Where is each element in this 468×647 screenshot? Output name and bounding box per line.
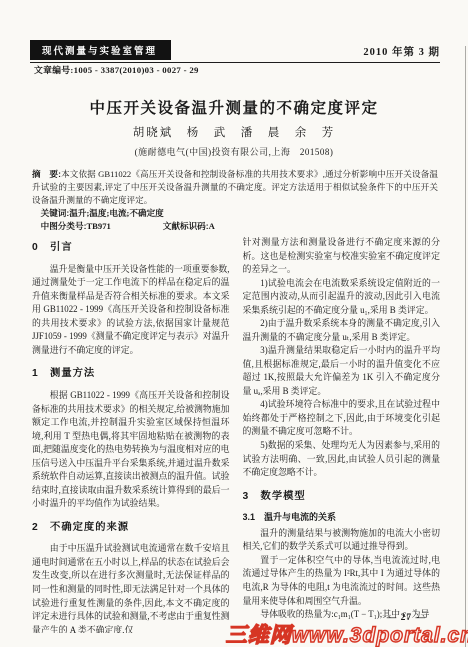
abstract-paragraph: 摘 要:本文依据 GB11022《高压开关设备和控制设备标准的共用技术要求》,通… — [32, 168, 438, 207]
issue-label: 2010 年第 3 期 — [363, 44, 440, 60]
right-column: 针对测量方法和测量设备进行不确定度来源的分析。这也是检测实验室与校准实验室不确定… — [243, 236, 441, 633]
doc-code-label: 文献标识码: — [163, 221, 209, 231]
section-heading-0: 0 引言 — [32, 240, 230, 256]
watermark-text: 三维网www.3dportal.cn — [226, 619, 468, 647]
keywords-text: 温升;温度;电流;不确定度 — [69, 208, 164, 218]
uncertainty-item-3: 3)温升测量结果取稳定后一小时内的温升平均值,且根据标准规定,最后一小时的温升值… — [243, 344, 441, 398]
keywords-line: 关键词:温升;温度;电流;不确定度 — [32, 207, 438, 220]
body-columns: 0 引言 温升是衡量中压开关设备性能的一项重要参数,通过测量处于一定工作电流下的… — [32, 236, 440, 633]
paper-page: 现代测量与实验室管理 2010 年第 3 期 文章编号:1005 - 3387(… — [0, 0, 468, 647]
article-number: 文章编号:1005 - 3387(2010)03 - 0027 - 29 — [34, 63, 199, 76]
journal-header: 现代测量与实验室管理 2010 年第 3 期 — [30, 40, 440, 63]
uncertainty-item-4: 4)试验环境符合标准中的要求,且在试验过程中始终都处于严格控制之下,因此,由于环… — [243, 398, 441, 439]
left-column: 0 引言 温升是衡量中压开关设备性能的一项重要参数,通过测量处于一定工作电流下的… — [32, 236, 230, 633]
clc-value: TB971 — [86, 221, 110, 231]
uncertainty-item-2: 2)由于温升数采系统本身的测量不确定度,引入温升测量的不确定度分量 uₜ,采用 … — [243, 317, 441, 344]
doc-code-value: A — [209, 221, 215, 231]
section-heading-2: 2 不确定度的来源 — [32, 520, 230, 536]
page-title: 中压开关设备温升测量的不确定度评定 — [0, 96, 468, 118]
abstract-label: 摘 要: — [32, 169, 61, 179]
intro-paragraph: 温升是衡量中压开关设备性能的一项重要参数,通过测量处于一定工作电流下的样品在稳定… — [32, 263, 230, 358]
affiliation: (施耐德电气(中国)投资有限公司,上海 201508) — [0, 145, 468, 158]
model-paragraph-1: 温升的测量结果与被测物施加的电流大小密切相关,它们的数学关系式可以通过推导得到。 — [243, 527, 441, 554]
classification-line: 中图分类号:TB971文献标识码:A — [32, 220, 438, 233]
abstract-block: 摘 要:本文依据 GB11022《高压开关设备和控制设备标准的共用技术要求》,通… — [32, 168, 438, 232]
model-paragraph-2: 置于一定体积空气中的导体,当电流流过时,电流通过导体产生的热量为 I²Rt,其中… — [243, 554, 441, 608]
subsection-heading-3-1: 3.1 温升与电流的关系 — [243, 511, 441, 525]
keywords-label: 关键词: — [41, 208, 70, 218]
journal-name-box: 现代测量与实验室管理 — [30, 40, 171, 60]
abstract-text: 本文依据 GB11022《高压开关设备和控制设备标准的共用技术要求》,通过分析影… — [32, 169, 438, 205]
section-heading-3: 3 数学模型 — [243, 489, 441, 505]
clc-label: 中图分类号: — [41, 221, 87, 231]
authors: 胡晓斌 杨 武 潘 晨 余 芳 — [0, 124, 468, 140]
uncertainty-source-paragraph: 由于中压温升试验测试电流通常在数千安培且通电时间通常在五小时以上,样品的状态在试… — [32, 542, 230, 633]
section-heading-1: 1 测量方法 — [32, 366, 230, 382]
method-paragraph: 根据 GB11022 - 1999《高压开关设备和控制设备标准的共用技术要求》的… — [32, 389, 230, 511]
uncertainty-item-1: 1)试验电流会在电流数采系统设定值附近的一定范围内波动,从而引起温升的波动,因此… — [243, 277, 441, 318]
uncertainty-item-5: 5)数据的采集、处理均无人为因素参与,采用的试验方法明确、一致,因此,由试验人员… — [243, 439, 441, 480]
continuation-paragraph: 针对测量方法和测量设备进行不确定度来源的分析。这也是检测实验室与校准实验室不确定… — [243, 236, 441, 277]
